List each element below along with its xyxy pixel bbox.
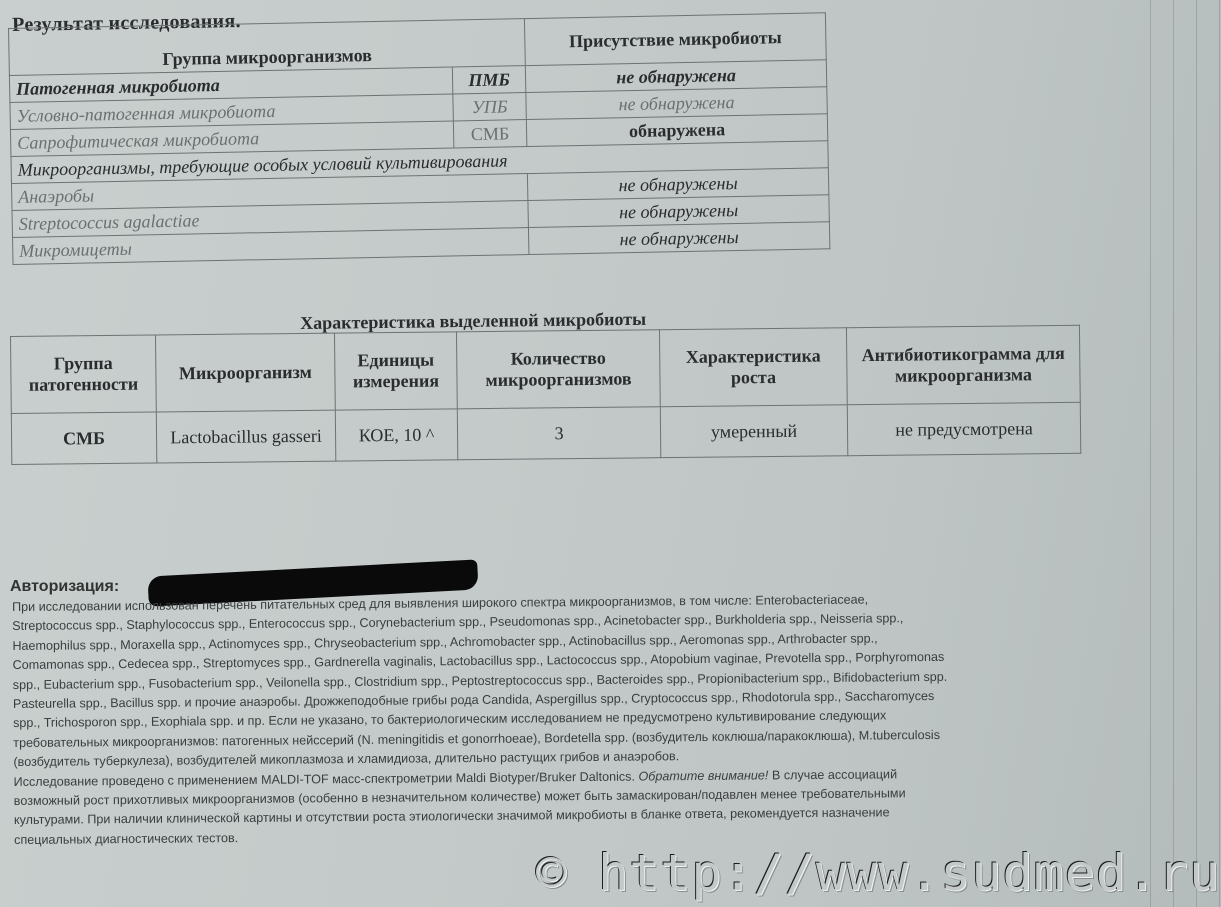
- methodology-notes: При исследовании использован перечень пи…: [12, 588, 1194, 851]
- group-code: УПБ: [453, 93, 527, 121]
- results-table: Группа микроорганизмов Присутствие микро…: [8, 12, 830, 265]
- table-row: СМБ Lactobacillus gasseri КОЕ, 10 ^ 3 ум…: [11, 402, 1080, 464]
- cell-units: КОЕ, 10 ^: [335, 409, 458, 461]
- col-group: Группа патогенности: [11, 335, 157, 414]
- maldi-text: Исследование проведено с применением MAL…: [14, 769, 639, 788]
- group-code: СМБ: [453, 120, 527, 148]
- characteristics-table: Группа патогенности Микроорганизм Единиц…: [10, 325, 1081, 465]
- maldi-text-tail: В случае ассоциаций: [768, 767, 897, 782]
- cell-antibiogram: не предусмотрена: [847, 402, 1081, 455]
- header-presence: Присутствие микробиоты: [524, 13, 826, 66]
- group-code: ПМБ: [452, 66, 526, 94]
- col-growth: Характеристика роста: [659, 328, 847, 407]
- lab-report-page: Результат исследования. Группа микроорга…: [0, 0, 1221, 907]
- watermark: © http://www.sudmed.ru: [536, 848, 1220, 898]
- cell-quantity: 3: [457, 407, 661, 460]
- cell-growth: умеренный: [660, 405, 848, 458]
- authorization-label: Авторизация:: [10, 578, 119, 596]
- cell-group: СМБ: [11, 412, 157, 465]
- col-quantity: Количество микроорганизмов: [456, 330, 660, 409]
- col-antibiogram: Антибиотикограмма для микроорганизма: [846, 325, 1080, 404]
- col-units: Единицы измерения: [334, 332, 457, 410]
- special-status: не обнаружены: [528, 222, 829, 255]
- attention-text: Обратите внимание!: [638, 768, 768, 783]
- cell-organism: Lactobacillus gasseri: [156, 410, 336, 463]
- col-organism: Микроорганизм: [155, 333, 335, 412]
